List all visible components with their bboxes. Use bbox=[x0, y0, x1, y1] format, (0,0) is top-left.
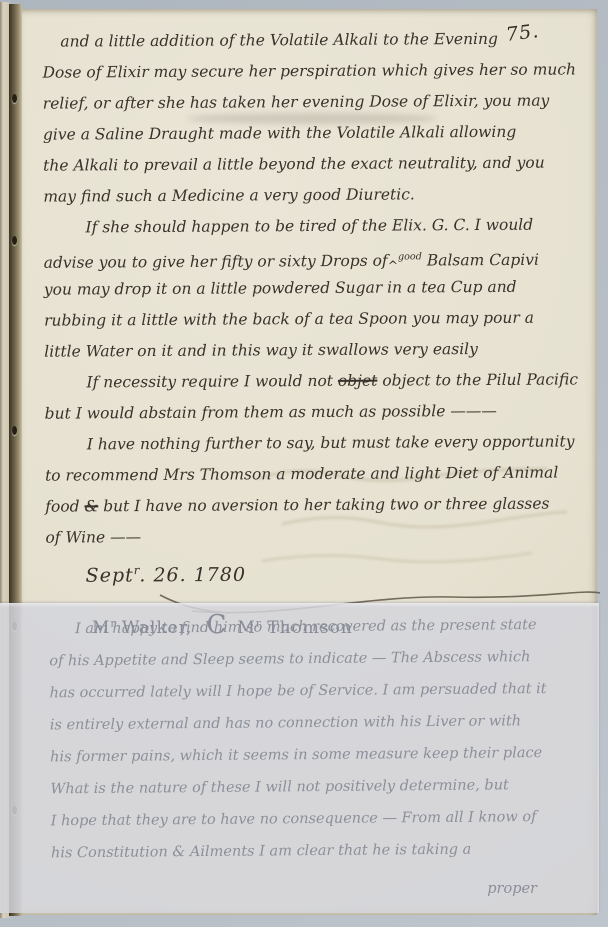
manuscript-line: of Wine —— bbox=[45, 519, 585, 553]
manuscript-line: I have nothing further to say, but must … bbox=[45, 426, 585, 460]
text-segment: rubbing it a little with the back of a t… bbox=[44, 309, 534, 330]
manuscript-line: to recommend Mrs Thomson a moderate and … bbox=[45, 457, 585, 491]
text-segment: the Alkali to prevail a little beyond th… bbox=[43, 154, 545, 175]
manuscript-line: you may drop it on a little powdered Sug… bbox=[44, 271, 584, 305]
stitch-mark bbox=[12, 236, 17, 245]
interleaving-sheet-overlay: Mr Walker,CMr Thomson I am happy to find… bbox=[0, 603, 599, 913]
manuscript-line: his Constitution & Ailments I am clear t… bbox=[51, 833, 591, 870]
text-segment: Balsam Capivi bbox=[422, 251, 539, 270]
text-segment: If necessity require I would not bbox=[86, 372, 338, 392]
manuscript-line: rubbing it a little with the back of a t… bbox=[44, 302, 584, 336]
text-segment: to recommend Mrs Thomson a moderate and … bbox=[45, 464, 558, 485]
text-segment: advise you to give her fifty or sixty Dr… bbox=[44, 252, 388, 272]
text-segment: I am happy to find him so much recovered… bbox=[75, 617, 537, 637]
insertion-caret: ^ bbox=[388, 258, 398, 273]
manuscript-line: but I would abstain from them as much as… bbox=[45, 395, 585, 429]
stitch-mark bbox=[12, 426, 17, 435]
manuscript-line: If she should happen to be tired of the … bbox=[43, 209, 583, 243]
superscript-text: good bbox=[398, 251, 422, 262]
text-segment: is entirely external and has no connecti… bbox=[50, 713, 521, 733]
text-segment: his Constitution & Ailments I am clear t… bbox=[51, 842, 471, 862]
text-segment: has occurred lately will I hope be of Se… bbox=[50, 681, 547, 701]
text-segment: his former pains, which it seems in some… bbox=[50, 745, 542, 765]
text-segment: Dose of Elixir may secure her perspirati… bbox=[43, 60, 577, 81]
manuscript-line: of his Appetite and Sleep seems to indic… bbox=[49, 641, 589, 678]
text-segment: but I would abstain from them as much as… bbox=[45, 402, 497, 423]
text-segment: food bbox=[45, 497, 84, 515]
catchword: proper bbox=[487, 881, 537, 897]
manuscript-line: give a Saline Draught made with the Vola… bbox=[43, 116, 583, 150]
manuscript-line: food & but I have no aversion to her tak… bbox=[45, 488, 585, 522]
text-segment: of his Appetite and Sleep seems to indic… bbox=[49, 649, 530, 669]
manuscript-line: advise you to give her fifty or sixty Dr… bbox=[44, 240, 584, 274]
manuscript-line: Dose of Elixir may secure her perspirati… bbox=[42, 54, 582, 88]
text-segment: give a Saline Draught made with the Vola… bbox=[43, 123, 516, 144]
manuscript-line: If necessity require I would not objet o… bbox=[44, 364, 584, 398]
manuscript-line: the Alkali to prevail a little beyond th… bbox=[43, 147, 583, 181]
manuscript-line: What is the nature of these I will not p… bbox=[50, 769, 590, 806]
lower-letter-body: I am happy to find him so much recovered… bbox=[49, 609, 591, 870]
text-segment: relief, or after she has taken her eveni… bbox=[43, 92, 550, 113]
stitch-mark bbox=[12, 94, 17, 103]
struck-word: objet bbox=[338, 372, 378, 390]
manuscript-line: has occurred lately will I hope be of Se… bbox=[49, 673, 589, 710]
manuscript-photograph: 75. and a little addition of the Volatil… bbox=[0, 0, 608, 927]
text-segment: but I have no aversion to her taking two… bbox=[98, 495, 549, 516]
manuscript-line: his former pains, which it seems in some… bbox=[50, 737, 590, 774]
text-segment: If she should happen to be tired of the … bbox=[85, 216, 533, 237]
manuscript-line: little Water on it and in this way it sw… bbox=[44, 333, 584, 367]
manuscript-line: is entirely external and has no connecti… bbox=[50, 705, 590, 742]
text-segment: may find such a Medicine a very good Diu… bbox=[43, 185, 415, 205]
text-segment: and a little addition of the Volatile Al… bbox=[60, 30, 498, 51]
manuscript-line: I am happy to find him so much recovered… bbox=[49, 609, 589, 646]
manuscript-line: I hope that they are to have no conseque… bbox=[51, 801, 591, 838]
text-segment: What is the nature of these I will not p… bbox=[50, 777, 509, 797]
text-segment: I hope that they are to have no conseque… bbox=[51, 809, 537, 829]
struck-word: & bbox=[84, 497, 98, 515]
manuscript-line: may find such a Medicine a very good Diu… bbox=[43, 178, 583, 212]
text-segment: object to the Pilul Pacific bbox=[377, 370, 578, 389]
manuscript-line: and a little addition of the Volatile Al… bbox=[42, 23, 582, 57]
text-segment: little Water on it and in this way it sw… bbox=[44, 340, 478, 361]
text-segment: I have nothing further to say, but must … bbox=[87, 432, 575, 453]
text-segment: you may drop it on a little powdered Sug… bbox=[44, 278, 517, 299]
manuscript-line: relief, or after she has taken her eveni… bbox=[43, 85, 583, 119]
upper-letter-body: and a little addition of the Volatile Al… bbox=[42, 23, 585, 587]
text-segment: of Wine —— bbox=[45, 528, 141, 547]
